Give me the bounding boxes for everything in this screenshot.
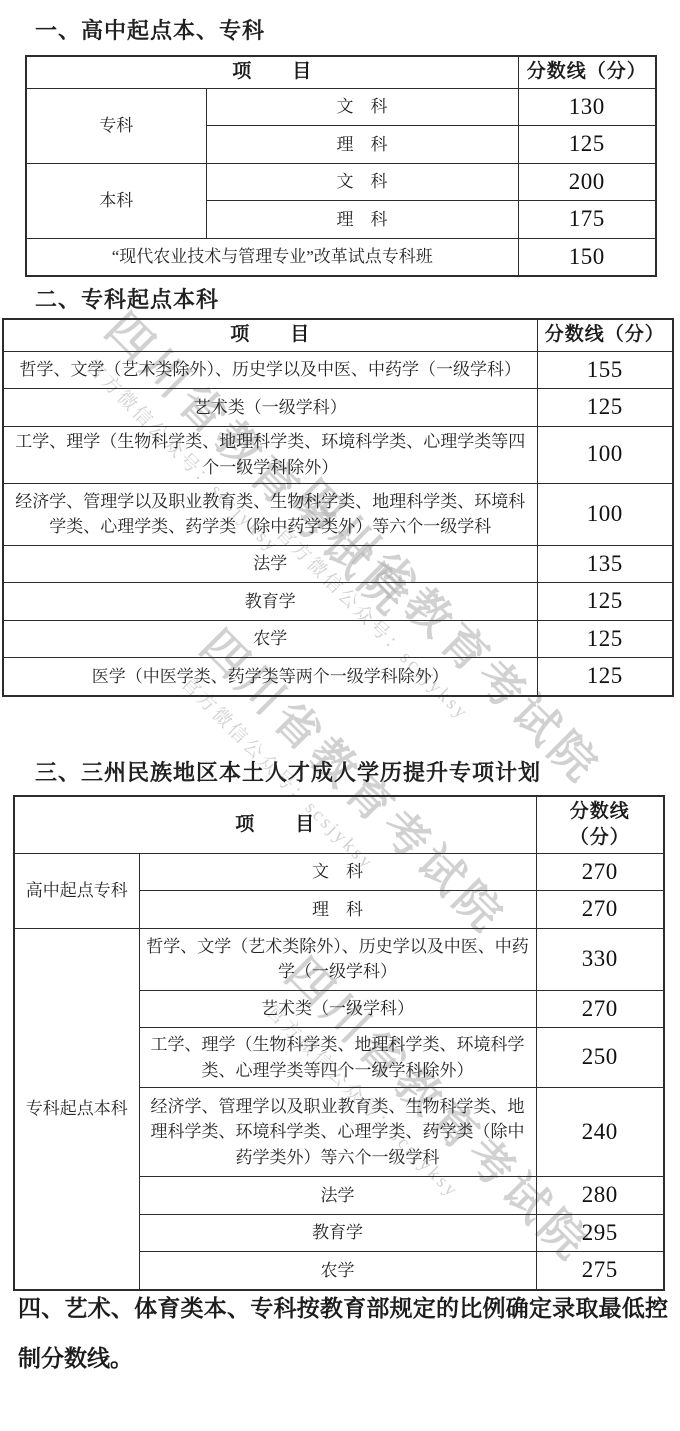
item-cell: 教育学 (139, 1214, 536, 1252)
table-header-row: 项 目 分数线（分） (3, 319, 673, 351)
group-label-cell: 本科 (26, 163, 206, 238)
score-cell: 200 (518, 163, 656, 201)
score-cell: 240 (536, 1088, 664, 1177)
table-row: 专科起点本科 哲学、文学（艺术类除外）、历史学以及中医、中药学（一级学科） 33… (14, 928, 664, 990)
group-label-cell: 专科起点本科 (14, 928, 139, 1290)
header-item-cell: 项 目 (26, 56, 518, 88)
section3-title: 三、三州民族地区本土人才成人学历提升专项计划 (35, 756, 541, 787)
score-cell: 100 (537, 483, 673, 545)
header-score-line1: 分数线 (542, 799, 659, 825)
item-cell: 理 科 (139, 891, 536, 929)
score-cell: 125 (537, 658, 673, 696)
header-score-cell: 分数线（分） (537, 319, 673, 351)
section2-title: 二、专科起点本科 (35, 283, 219, 314)
item-cell: 艺术类（一级学科） (139, 990, 536, 1028)
table-row: “现代农业技术与管理专业”改革试点专科班 150 (26, 238, 656, 276)
item-cell: 经济学、管理学以及职业教育类、生物科学类、地理科学类、环境科学类、心理学类、药学… (3, 483, 537, 545)
item-cell: 法学 (139, 1177, 536, 1215)
item-cell: 工学、理学（生物科学类、地理科学类、环境科学类、心理学类等四个一级学科除外） (139, 1028, 536, 1088)
table-row: 经济学、管理学以及职业教育类、生物科学类、地理科学类、环境科学类、心理学类、药学… (3, 483, 673, 545)
score-cell: 125 (518, 126, 656, 164)
item-cell: 法学 (3, 545, 537, 583)
score-cell: 295 (536, 1214, 664, 1252)
score-cell: 125 (537, 389, 673, 427)
item-cell: 教育学 (3, 583, 537, 621)
score-cell: 270 (536, 853, 664, 891)
item-cell: 文 科 (206, 88, 518, 126)
table-row: 高中起点专科 文 科 270 (14, 853, 664, 891)
section2-table: 项 目 分数线（分） 哲学、文学（艺术类除外）、历史学以及中医、中药学（一级学科… (2, 318, 674, 697)
item-cell: 医学（中医学类、药学类等两个一级学科除外） (3, 658, 537, 696)
section4-note: 四、艺术、体育类本、专科按教育部规定的比例确定录取最低控制分数线。 (18, 1283, 668, 1383)
item-cell: “现代农业技术与管理专业”改革试点专科班 (26, 238, 518, 276)
table-row: 哲学、文学（艺术类除外）、历史学以及中医、中药学（一级学科） 155 (3, 351, 673, 389)
table-row: 专科 文 科 130 (26, 88, 656, 126)
item-cell: 哲学、文学（艺术类除外）、历史学以及中医、中药学（一级学科） (3, 351, 537, 389)
item-cell: 工学、理学（生物科学类、地理科学类、环境科学类、心理学类等四个一级学科除外） (3, 426, 537, 483)
score-line-notice-page: 四川省教育考试院 官方微信公众号：scsjyksy 四川省教育考试院 官方微信公… (0, 0, 680, 1431)
score-cell: 280 (536, 1177, 664, 1215)
table-header-row: 项 目 分数线 （分） (14, 796, 664, 853)
item-cell: 理 科 (206, 126, 518, 164)
section3-table: 项 目 分数线 （分） 高中起点专科 文 科 270 理 科 270 专科起点本… (13, 795, 665, 1291)
score-cell: 135 (537, 545, 673, 583)
score-cell: 125 (537, 620, 673, 658)
header-score-cell: 分数线（分） (518, 56, 656, 88)
header-item-cell: 项 目 (3, 319, 537, 351)
header-score-cell: 分数线 （分） (536, 796, 664, 853)
score-cell: 155 (537, 351, 673, 389)
item-cell: 文 科 (206, 163, 518, 201)
score-cell: 270 (536, 990, 664, 1028)
table-row: 法学 135 (3, 545, 673, 583)
item-cell: 理 科 (206, 201, 518, 239)
table-row: 艺术类（一级学科） 125 (3, 389, 673, 427)
item-cell: 经济学、管理学以及职业教育类、生物科学类、地理科学类、环境科学类、心理学类、药学… (139, 1088, 536, 1177)
score-cell: 270 (536, 891, 664, 929)
score-cell: 125 (537, 583, 673, 621)
score-cell: 175 (518, 201, 656, 239)
table-header-row: 项 目 分数线（分） (26, 56, 656, 88)
header-item-cell: 项 目 (14, 796, 536, 853)
group-label-cell: 专科 (26, 88, 206, 163)
score-cell: 330 (536, 928, 664, 990)
item-cell: 艺术类（一级学科） (3, 389, 537, 427)
score-cell: 250 (536, 1028, 664, 1088)
score-cell: 150 (518, 238, 656, 276)
table-row: 教育学 125 (3, 583, 673, 621)
header-score-line2: （分） (542, 825, 659, 851)
table-row: 医学（中医学类、药学类等两个一级学科除外） 125 (3, 658, 673, 696)
table-row: 工学、理学（生物科学类、地理科学类、环境科学类、心理学类等四个一级学科除外） 1… (3, 426, 673, 483)
item-cell: 农学 (3, 620, 537, 658)
section1-table: 项 目 分数线（分） 专科 文 科 130 理 科 125 本科 文 科 200… (25, 55, 657, 277)
item-cell: 文 科 (139, 853, 536, 891)
group-label-cell: 高中起点专科 (14, 853, 139, 928)
section1-title: 一、高中起点本、专科 (35, 14, 265, 45)
item-cell: 哲学、文学（艺术类除外）、历史学以及中医、中药学（一级学科） (139, 928, 536, 990)
table-row: 本科 文 科 200 (26, 163, 656, 201)
score-cell: 100 (537, 426, 673, 483)
table-row: 农学 125 (3, 620, 673, 658)
score-cell: 130 (518, 88, 656, 126)
